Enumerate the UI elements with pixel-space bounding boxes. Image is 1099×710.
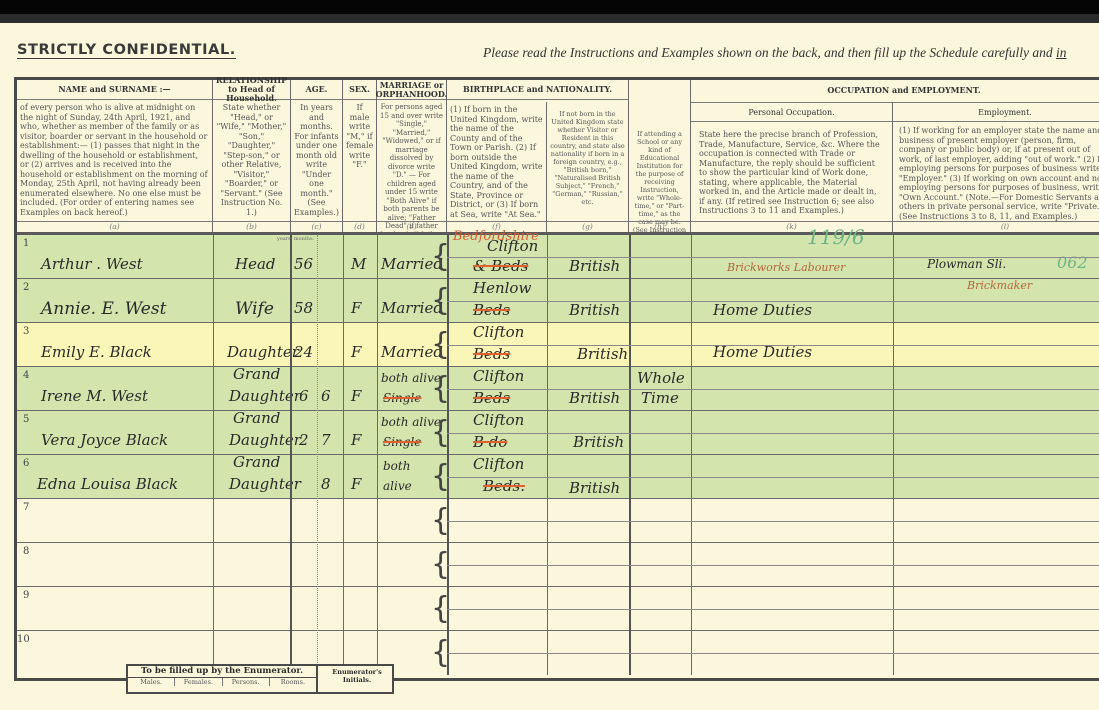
column-header-sex: SEX. If male write "M," if female write … [343, 80, 377, 232]
marriage-status-top: both [383, 459, 410, 473]
enumerator-box: To be filled up by the Enumerator. Males… [126, 664, 394, 694]
person-name: Arthur . West [41, 255, 143, 273]
school-attendance-top: Whole [637, 369, 685, 387]
age-years: 2 [299, 431, 309, 449]
subline [447, 609, 1099, 610]
nationality: British [573, 433, 624, 451]
column-nationality: If not born in the United Kingdom state … [547, 102, 629, 232]
column-title-marriage: MARRIAGE or ORPHANHOOD. [377, 80, 446, 100]
sex: F [351, 343, 361, 361]
age-months: 7 [321, 431, 331, 449]
occupation: Brickworks Labourer [727, 261, 845, 274]
subline [447, 477, 1099, 478]
sex: F [351, 299, 361, 317]
column-header-marriage: MARRIAGE or ORPHANHOOD. For persons aged… [377, 80, 447, 232]
occupation-group-title: OCCUPATION and EMPLOYMENT. [691, 80, 1099, 100]
row-number: 5 [23, 414, 29, 425]
column-instructions-name: of every person who is alive at midnight… [17, 100, 212, 220]
birthplace-county: Beds [473, 345, 510, 363]
relationship: Daughter [227, 343, 299, 361]
column-header-age: AGE. In years and months. For infants un… [291, 80, 343, 232]
age-years: 58 [294, 299, 313, 317]
nationality: British [577, 345, 628, 363]
sex: M [351, 255, 366, 273]
sex: F [351, 431, 361, 449]
females-label: Females. [175, 678, 222, 686]
birthplace-county: Beds. [483, 477, 525, 495]
marriage-status: alive [383, 479, 412, 493]
subline [447, 301, 1099, 302]
relationship-prefix: Grand [233, 365, 280, 383]
column-letter-b: (b) [213, 221, 290, 232]
column-divider [213, 235, 214, 675]
column-birthplace-uk: (1) If born in the United Kingdom, write… [447, 102, 547, 232]
column-divider [290, 235, 292, 675]
age-years: 6 [299, 387, 309, 405]
row-number: 9 [23, 590, 29, 601]
column-letter-l: (l) [893, 221, 1099, 232]
column-header-occupation: Personal Occupation. State here the prec… [691, 102, 893, 232]
column-title-relationship: RELATIONSHIP to Head of Household. [213, 80, 290, 100]
rooms-label: Rooms. [270, 678, 316, 686]
person-name: Vera Joyce Black [41, 431, 168, 449]
age-months-divider [317, 235, 318, 675]
column-instructions-birthplace: (1) If born in the United Kingdom, write… [447, 102, 546, 222]
employment: Plowman Sli. [927, 257, 1006, 271]
column-instructions-relationship: State whether "Head," or "Wife," "Mother… [213, 100, 290, 220]
row-number: 6 [23, 458, 29, 469]
column-instructions-sex: If male write "M," if female write "F." [343, 100, 376, 173]
relationship: Wife [235, 299, 274, 319]
column-letter-e: (e) [377, 221, 446, 232]
column-letter-g: (g) [547, 221, 628, 232]
marriage-status: Single [383, 391, 421, 405]
column-header-relationship: RELATIONSHIP to Head of Household. State… [213, 80, 291, 232]
persons-label: Persons. [223, 678, 270, 686]
person-name: Irene M. West [41, 387, 148, 405]
scan-edge-strip [0, 14, 1099, 23]
row-number: 7 [23, 502, 29, 513]
column-title-age: AGE. [291, 80, 342, 100]
column-header-school: If attending a School or any kind of Edu… [629, 80, 691, 232]
males-label: Males. [128, 678, 175, 686]
birthplace-town: Clifton [473, 455, 524, 473]
birthplace-town: Henlow [473, 279, 531, 297]
enumerator-initials-label: Enumerator's Initials. [320, 668, 394, 684]
marriage-status: Single [383, 435, 421, 449]
nationality: British [569, 389, 620, 407]
column-instructions-nationality: If not born in the United Kingdom state … [547, 102, 628, 209]
row-number: 10 [17, 634, 30, 645]
birthplace-county: B do [473, 433, 507, 451]
nationality: British [569, 479, 620, 497]
instruction-tail: in [1056, 45, 1067, 60]
age-years: 24 [294, 343, 313, 361]
occupation: Home Duties [713, 301, 812, 319]
age-months: 6 [321, 387, 331, 405]
column-title-occupation: Personal Occupation. [691, 102, 892, 122]
nationality: British [569, 257, 620, 275]
age-months: 8 [321, 475, 331, 493]
household-schedule-table: NAME and SURNAME :— of every person who … [14, 77, 1099, 681]
age-years: 56 [294, 255, 313, 273]
top-black-border [0, 0, 1099, 14]
instruction-line: Please read the Instructions and Example… [483, 45, 1067, 61]
subline [447, 389, 1099, 390]
enumerator-counts: To be filled up by the Enumerator. Males… [128, 666, 318, 692]
column-title-birthplace: BIRTHPLACE and NATIONALITY. [447, 80, 628, 100]
row-number: 4 [23, 370, 29, 381]
relationship-prefix: Grand [233, 409, 280, 427]
column-group-occupation: OCCUPATION and EMPLOYMENT. [691, 80, 1099, 102]
relationship-prefix: Grand [233, 453, 280, 471]
subline [447, 257, 1099, 258]
enumerator-columns: Males. Females. Persons. Rooms. [128, 678, 316, 686]
age-subheads: years. months. [277, 236, 314, 242]
column-divider [377, 235, 378, 675]
column-title-employment: Employment. [893, 102, 1099, 122]
birthplace-county: Beds [473, 389, 510, 407]
birthplace-town: Clifton [487, 237, 538, 255]
column-letter-h: (h) [629, 221, 690, 232]
person-name: Annie. E. West [41, 299, 166, 319]
birthplace-town: Clifton [473, 323, 524, 341]
column-instructions-occupation: State here the precise branch of Profess… [691, 122, 892, 224]
relationship: Head [235, 255, 276, 273]
column-title-name: NAME and SURNAME :— [17, 80, 212, 100]
sex: F [351, 475, 361, 493]
row-number: 2 [23, 282, 29, 293]
employment-note: Brickmaker [967, 279, 1032, 292]
person-name: Edna Louisa Black [37, 475, 178, 493]
page-title: STRICTLY CONFIDENTIAL. [17, 42, 236, 59]
column-letter-c: (c) [291, 221, 342, 232]
occupation-code: 119/6 [807, 225, 865, 249]
subline [447, 521, 1099, 522]
column-header-employment: Employment. (1) If working for an employ… [893, 102, 1099, 232]
row-number: 1 [23, 238, 29, 249]
subline [447, 433, 1099, 434]
column-header-name: NAME and SURNAME :— of every person who … [17, 80, 213, 232]
enumerator-box-title: To be filled up by the Enumerator. [128, 666, 316, 678]
subline [447, 345, 1099, 346]
row-number: 3 [23, 326, 29, 337]
birthplace-county: Beds [473, 301, 510, 319]
subline [447, 653, 1099, 654]
subline [447, 565, 1099, 566]
school-attendance: Time [641, 389, 679, 407]
person-name: Emily E. Black [41, 343, 152, 361]
column-divider [343, 235, 344, 675]
birthplace-town: Clifton [473, 367, 524, 385]
employment-code: 062 [1057, 253, 1088, 272]
row-number: 8 [23, 546, 29, 557]
column-instructions-age: In years and months. For infants under o… [291, 100, 342, 220]
sex: F [351, 387, 361, 405]
birthplace-town: Clifton [473, 411, 524, 429]
column-instructions-employment: (1) If working for an employer state the… [893, 122, 1099, 225]
census-schedule-page: STRICTLY CONFIDENTIAL. Please read the I… [0, 23, 1099, 710]
column-letter-a: (a) [17, 221, 212, 232]
instruction-text: Please read the Instructions and Example… [483, 45, 1053, 60]
column-letter-d: (d) [343, 221, 376, 232]
nationality: British [569, 301, 620, 319]
column-title-sex: SEX. [343, 80, 376, 100]
birthplace-county: & Beds [473, 257, 528, 275]
